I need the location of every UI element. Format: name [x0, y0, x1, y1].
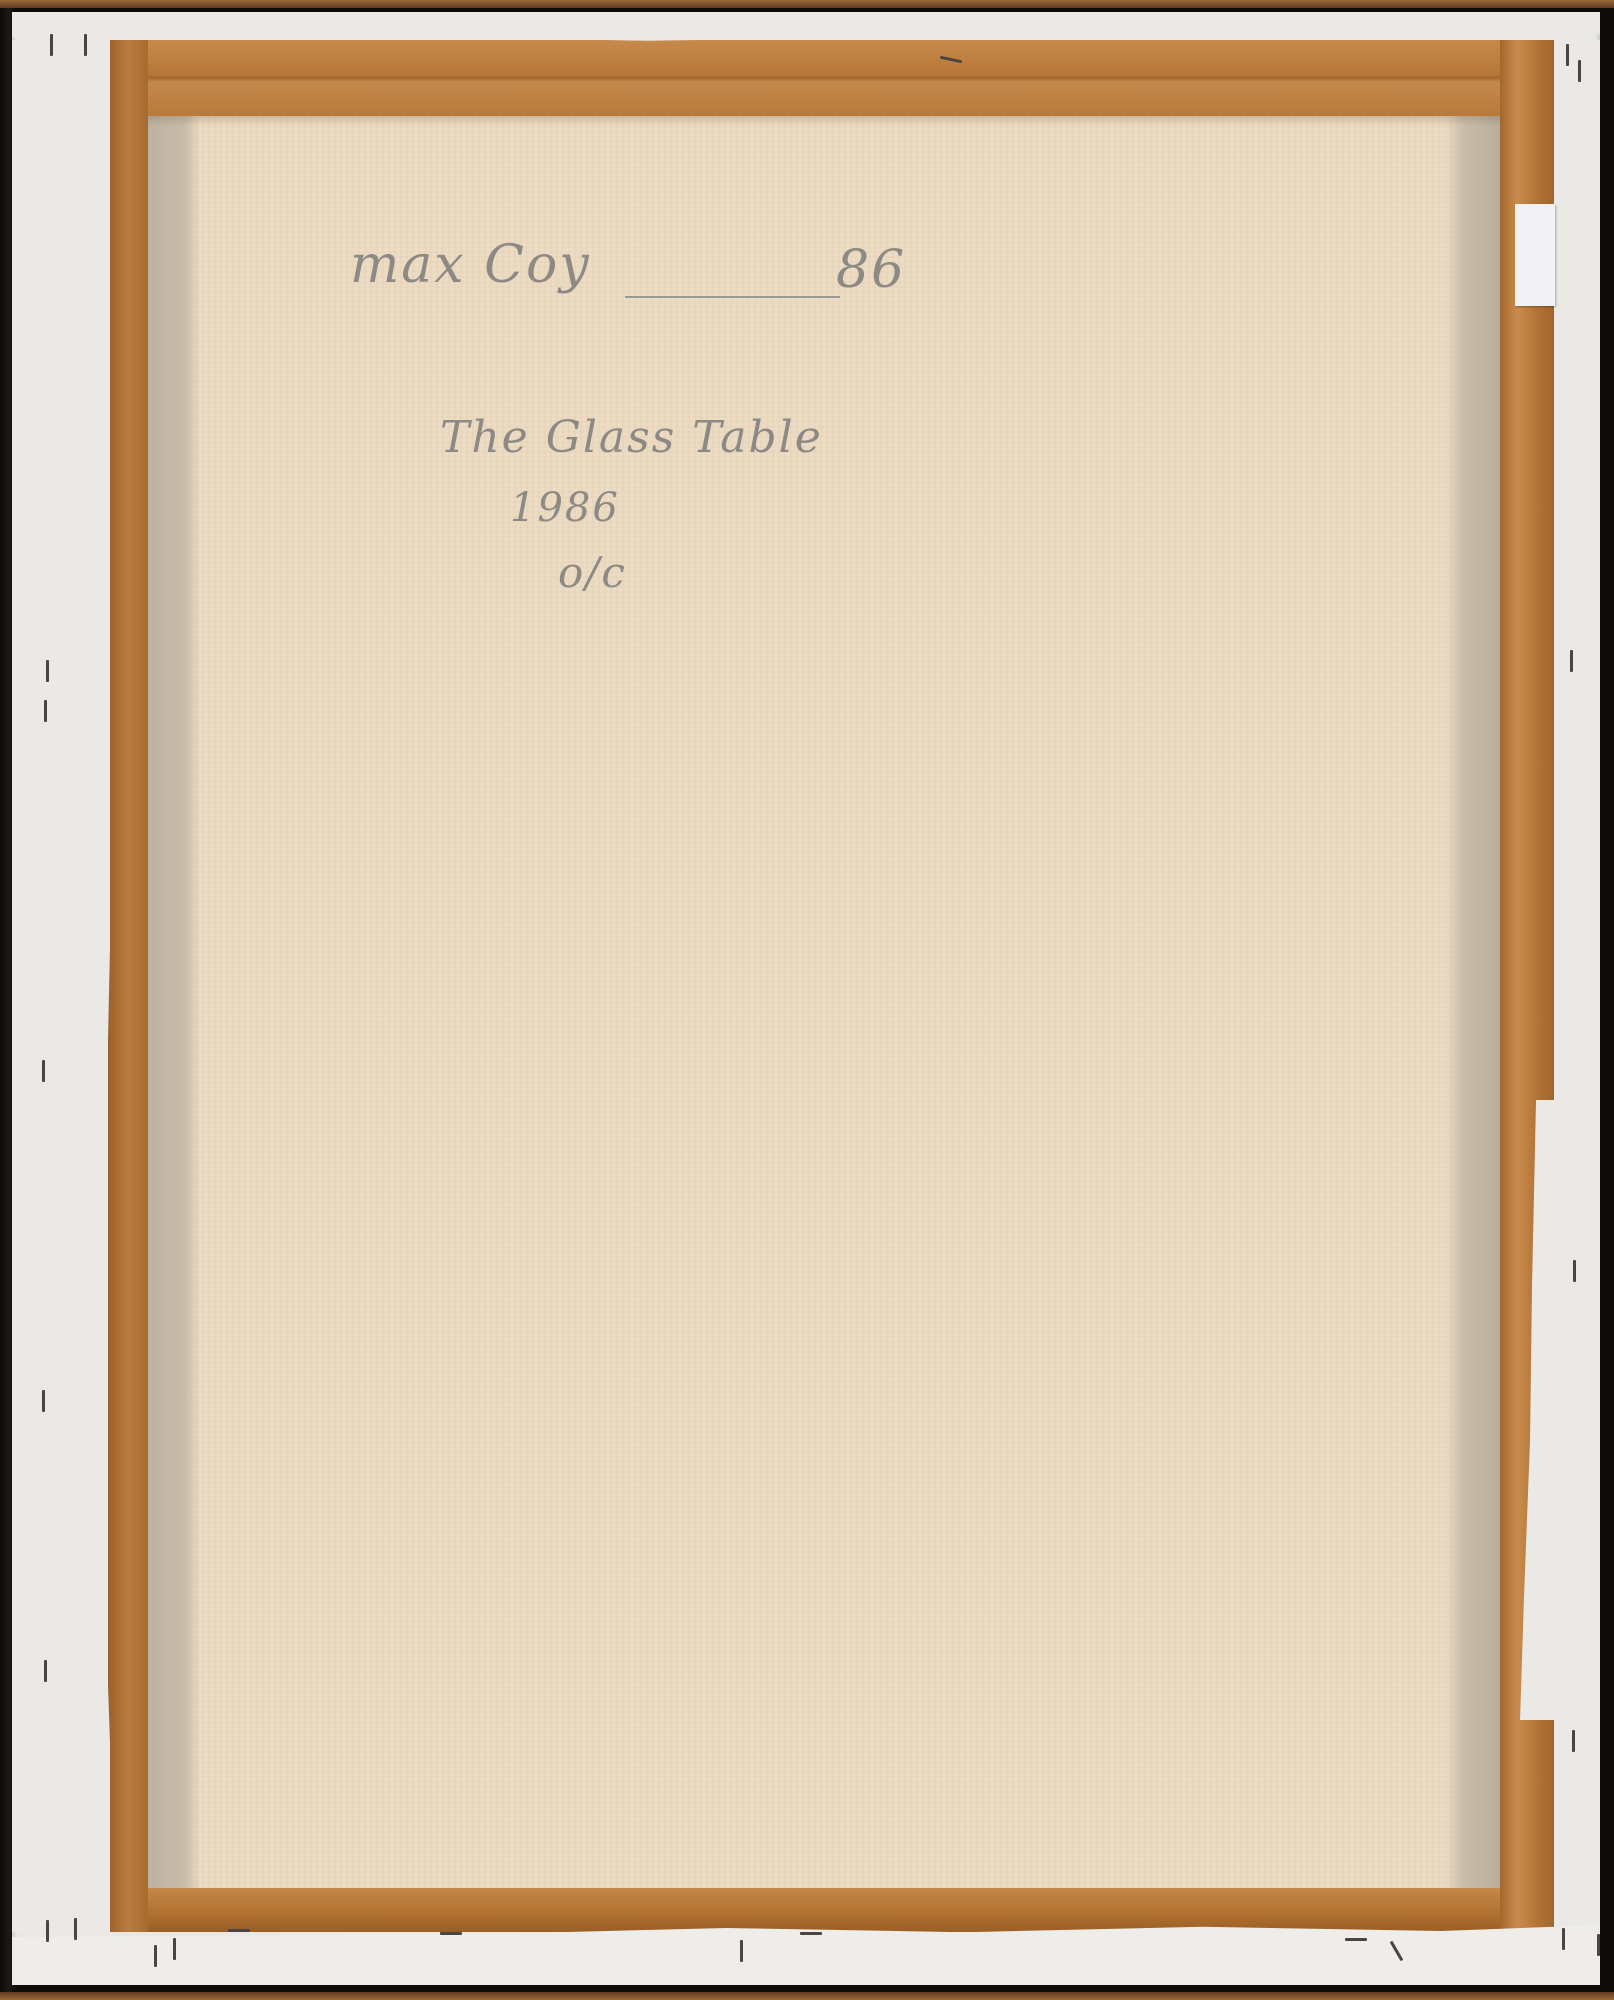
artwork-year: 1986 — [510, 485, 620, 531]
staple — [1578, 60, 1581, 82]
staple — [1570, 650, 1573, 672]
staple — [1562, 1928, 1565, 1950]
staple — [1572, 1730, 1575, 1752]
blank-paper-label — [1515, 204, 1555, 306]
raw-canvas-back — [148, 116, 1500, 1888]
staple — [1566, 44, 1569, 66]
stretcher-left-bar — [108, 40, 148, 1932]
frame-top-lip — [0, 0, 1614, 8]
staple — [173, 1938, 176, 1960]
canvas-shadow-right — [1445, 116, 1500, 1888]
staple — [46, 660, 49, 682]
signature-year: 86 — [836, 240, 906, 300]
canvas-shadow-left — [148, 116, 200, 1888]
artist-signature: max Coy — [350, 235, 591, 295]
canvas-shadow-top — [148, 116, 1500, 126]
stretcher-bottom-bar — [108, 1888, 1556, 1932]
staple — [42, 1390, 45, 1412]
signature-underline — [625, 296, 840, 298]
stretcher-top-bar — [108, 40, 1556, 116]
frame-bottom-lip — [0, 1992, 1614, 2000]
staple — [228, 1929, 250, 1932]
staple — [740, 1940, 743, 1962]
turnover-right-edge — [1554, 40, 1600, 1932]
staple — [1573, 1260, 1576, 1282]
staple — [42, 1060, 45, 1082]
staple — [50, 34, 53, 56]
turnover-left-edge — [12, 40, 110, 1932]
artwork-title: The Glass Table — [440, 412, 823, 463]
artwork-medium: o/c — [558, 548, 627, 597]
staple — [44, 700, 47, 722]
staple — [440, 1932, 462, 1935]
staple — [44, 1660, 47, 1682]
staple — [74, 1918, 77, 1940]
staple — [800, 1932, 822, 1935]
staple — [1345, 1938, 1367, 1941]
staple — [1597, 1934, 1600, 1956]
staple — [46, 1920, 49, 1942]
staple — [84, 34, 87, 56]
staple — [154, 1945, 157, 1967]
